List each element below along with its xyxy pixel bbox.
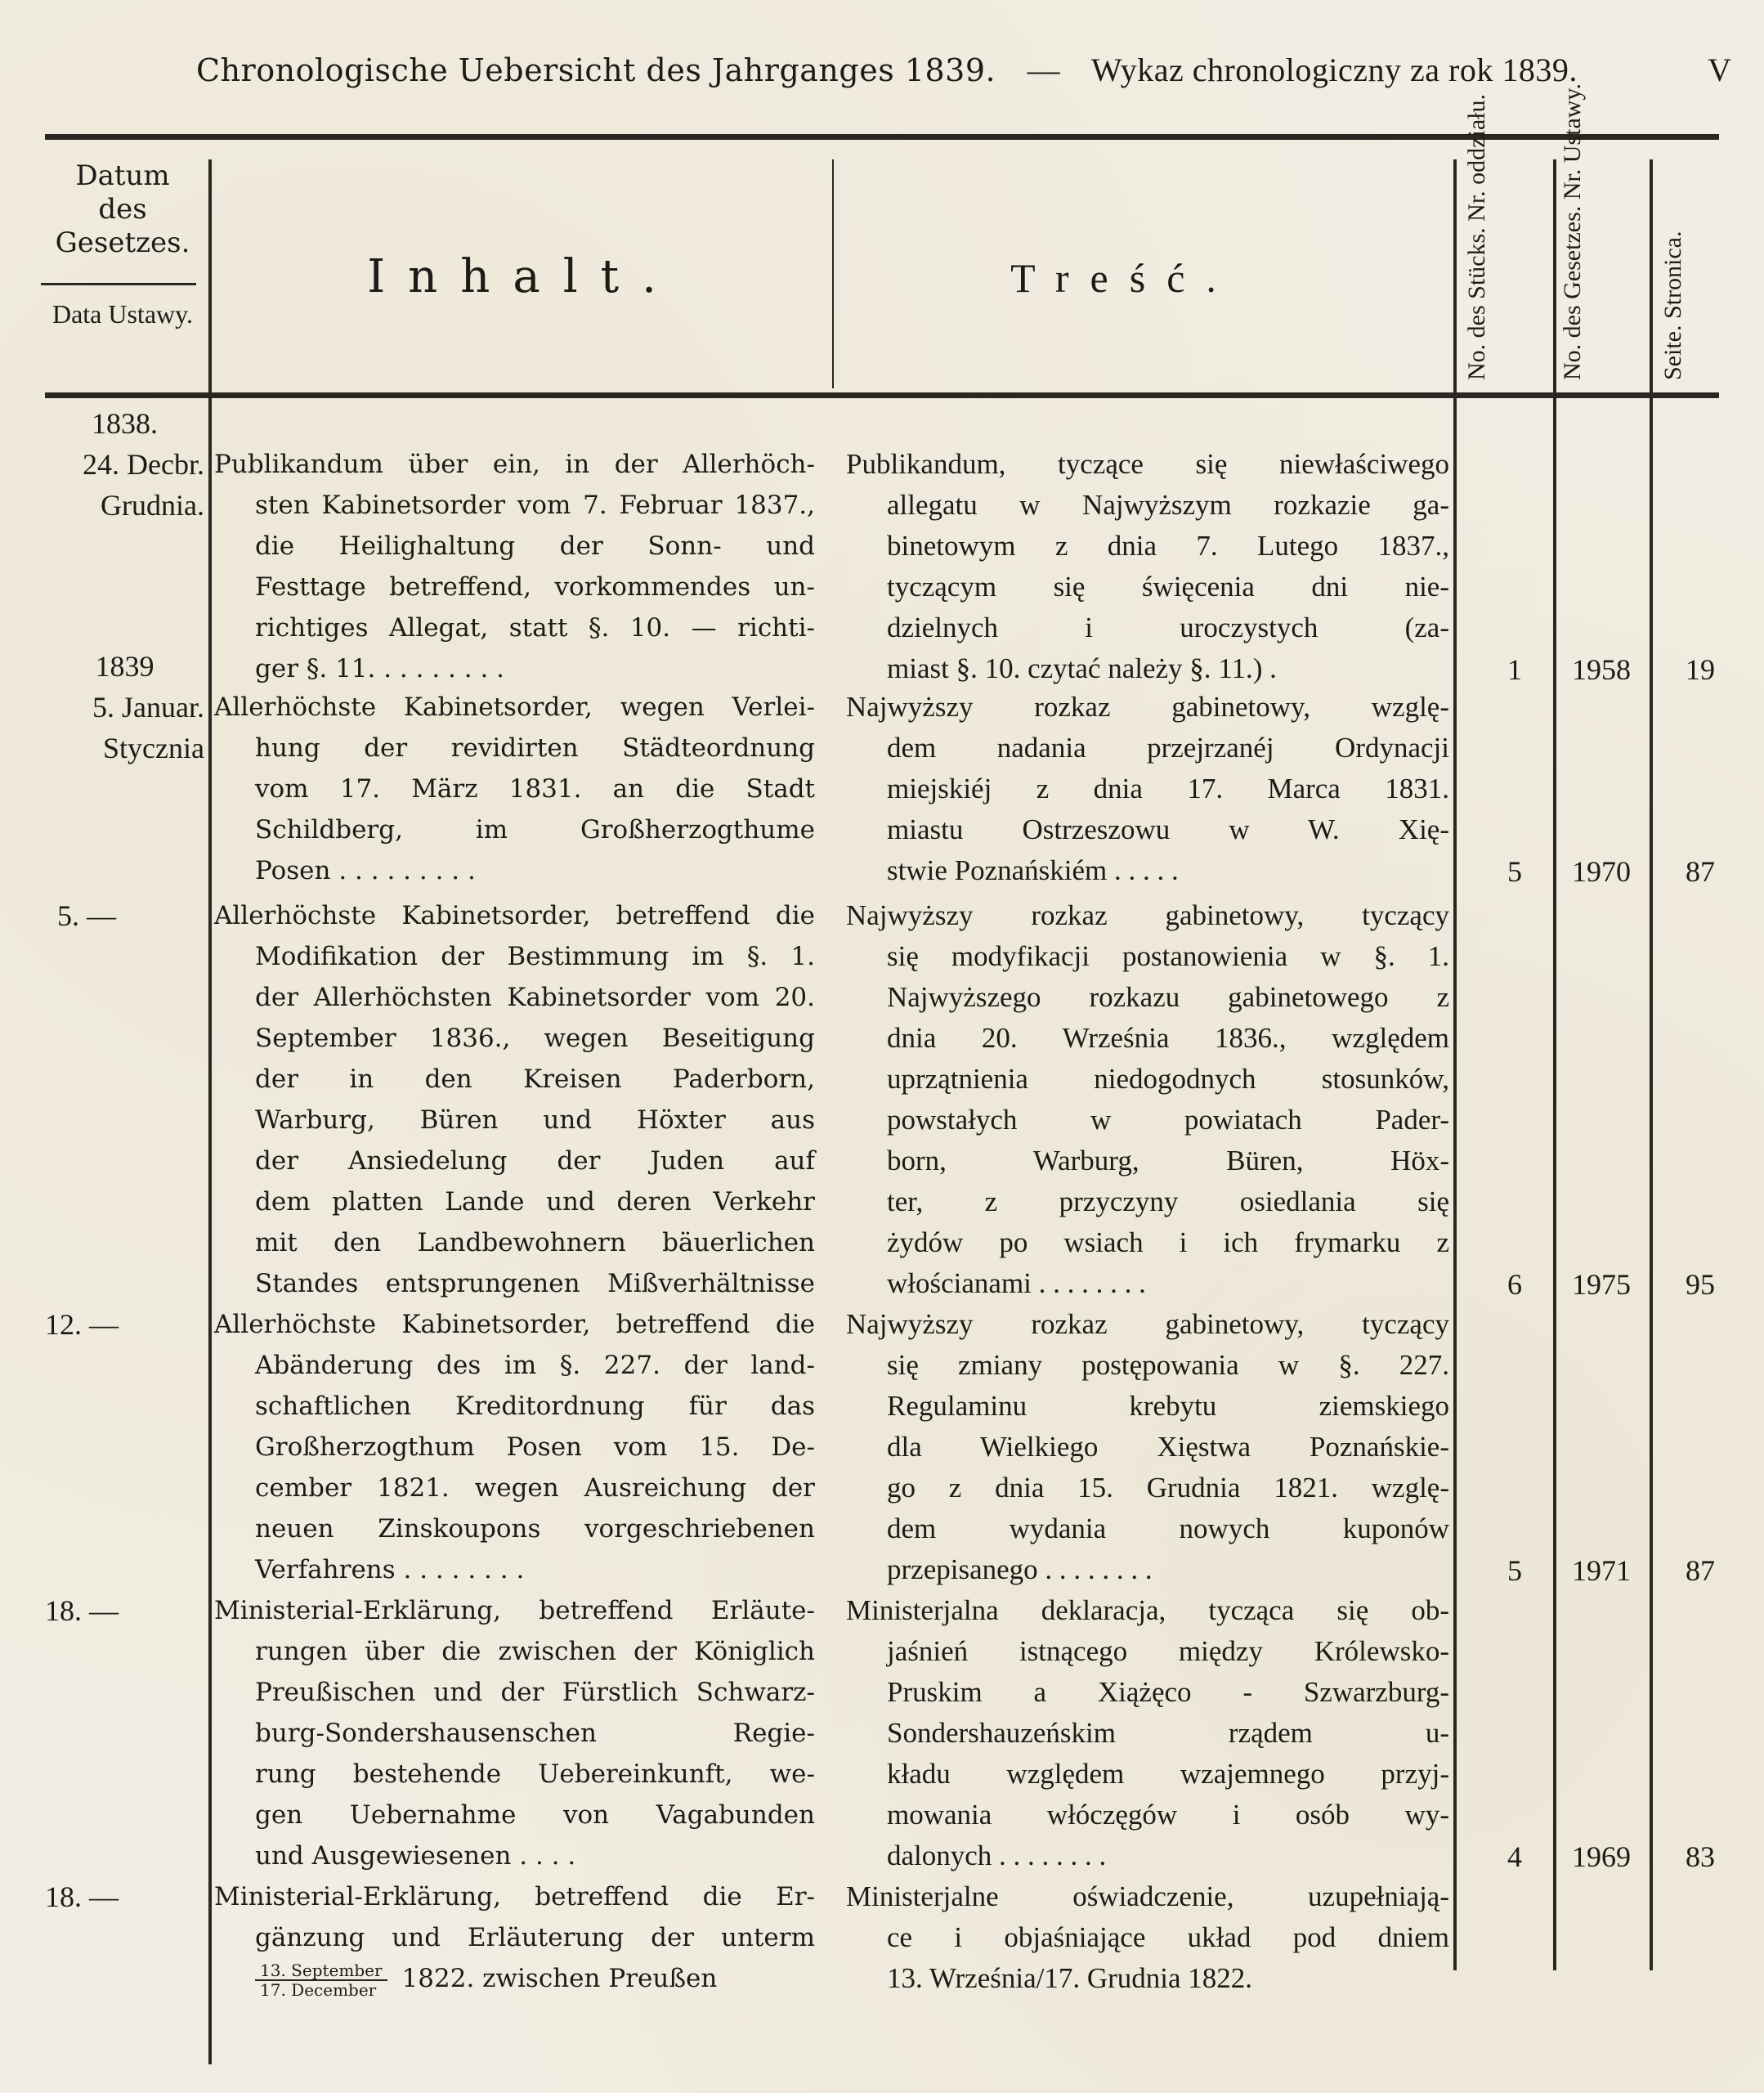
entry-content-german: Allerhöchste Kabinetsorder, betreffend d… <box>214 895 815 1304</box>
entry-content-german: Allerhöchste Kabinetsorder, wegen Verlei… <box>214 687 815 891</box>
page-number: V <box>1708 51 1731 89</box>
entry-content-polish: Publikandum, tyczące się niewłaściwego a… <box>846 444 1449 689</box>
entry-content-polish: Najwyższy rozkaz gabinetowy, tyczący się… <box>846 1304 1449 1590</box>
title-separator: — <box>1028 52 1061 88</box>
section-number: 6 <box>1457 1267 1522 1302</box>
page-reference: 87 <box>1668 854 1733 889</box>
law-number: 1971 <box>1549 1553 1631 1588</box>
entry-content-german: Ministerial-Erklärung, betreffend die Er… <box>214 1876 815 1999</box>
header-date-german: Datum des Gesetzes. <box>49 159 196 259</box>
column-divider-law <box>1553 159 1556 1970</box>
header-law-number: No. des Gesetzes. Nr. Ustawy. <box>1559 151 1586 380</box>
page-header: Chronologische Uebersicht des Jahrganges… <box>0 51 1764 100</box>
law-number: 1970 <box>1549 854 1631 889</box>
section-number: 4 <box>1457 1840 1522 1874</box>
entry-date: 18. — <box>45 1590 204 1631</box>
column-divider-date <box>208 159 212 2064</box>
header-date-divider <box>41 283 196 285</box>
running-title: Chronologische Uebersicht des Jahrganges… <box>196 51 1578 89</box>
date-fraction: 13. September 17. December <box>255 1961 387 1999</box>
title-german: Chronologische Uebersicht des Jahrganges… <box>196 52 996 88</box>
entry-date: 1838. 24. Decbr. Grudnia. <box>45 403 204 526</box>
entry-content-polish: Ministerjalna deklaracja, tycząca się ob… <box>846 1590 1449 1876</box>
section-number: 5 <box>1457 854 1522 889</box>
law-number: 1958 <box>1549 652 1631 687</box>
entry-content-german: Publikandum über ein, in der Allerhöch- … <box>214 444 815 689</box>
header-page: Seite. Stronica. <box>1659 151 1686 380</box>
entry-content-german: Allerhöchste Kabinetsorder, betreffend d… <box>214 1304 815 1590</box>
section-number: 5 <box>1457 1553 1522 1588</box>
page-reference: 83 <box>1668 1840 1733 1874</box>
page-reference: 95 <box>1668 1267 1733 1302</box>
table-header-rule <box>45 392 1719 398</box>
header-date-polish: Data Ustawy. <box>49 298 196 329</box>
law-number: 1975 <box>1549 1267 1631 1302</box>
header-content-german: Inhalt. <box>213 249 834 304</box>
column-divider-section <box>1453 159 1457 1970</box>
entry-content-polish: Najwyższy rozkaz gabinetowy, wzglę- dem … <box>846 687 1449 891</box>
page-reference: 19 <box>1668 652 1733 687</box>
entry-content-polish: Ministerjalne oświadczenie, uzupełniają-… <box>846 1876 1449 1999</box>
header-section-number: No. des Stücks. Nr. oddziału. <box>1463 151 1490 380</box>
fraction-date-line: 13. September 17. December 1822. zwische… <box>214 1958 815 1999</box>
header-content-polish: Treść. <box>834 253 1414 303</box>
entry-content-german: Ministerial-Erklärung, betreffend Erläut… <box>214 1590 815 1876</box>
entry-content-polish: Najwyższy rozkaz gabinetowy, tyczący się… <box>846 895 1449 1304</box>
entry-date: 1839 5. Januar. Stycznia <box>45 646 204 769</box>
column-divider-page <box>1650 159 1653 1970</box>
section-number: 1 <box>1457 652 1522 687</box>
entry-date: 18. — <box>45 1876 204 1917</box>
page-reference: 87 <box>1668 1553 1733 1588</box>
law-number: 1969 <box>1549 1840 1631 1874</box>
entry-date: 12. — <box>45 1304 204 1345</box>
entry-date: 5. — <box>45 895 204 936</box>
title-polish: Wykaz chronologiczny za rok 1839. <box>1091 52 1578 88</box>
